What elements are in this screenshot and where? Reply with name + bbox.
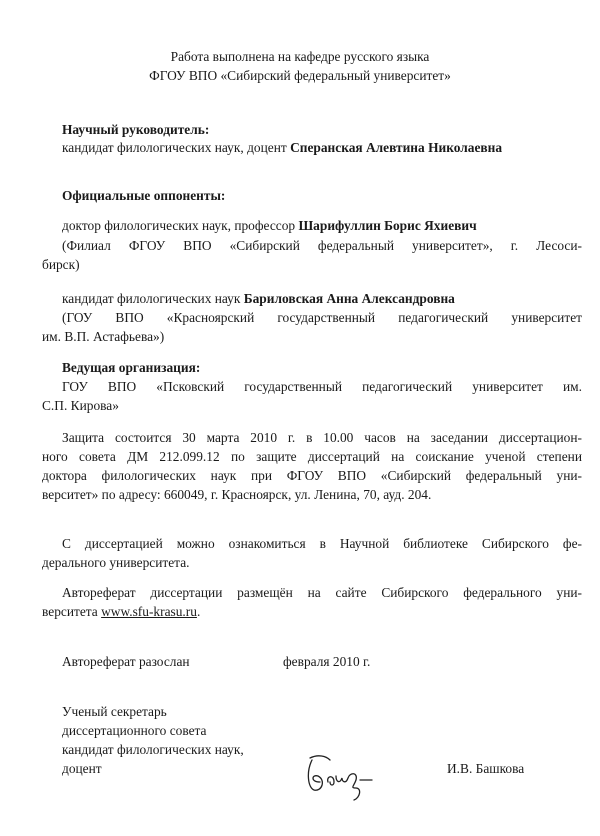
signature-icon: [300, 752, 390, 802]
opponent-2-affil-1: (ГОУ ВПО «Красноярский государственный п…: [62, 310, 582, 326]
mailing-date: февраля 2010 г.: [283, 654, 370, 670]
secretary-name: И.В. Башкова: [447, 761, 524, 777]
header-line-2: ФГОУ ВПО «Сибирский федеральный универси…: [0, 68, 600, 84]
abstract-site-suffix: .: [197, 604, 200, 619]
defense-line-2: ного совета ДМ 212.099.12 по защите дисс…: [42, 449, 582, 465]
supervisor-name: Сперанская Алевтина Николаевна: [290, 140, 502, 155]
opponent-1-name: Шарифуллин Борис Яхиевич: [298, 218, 476, 233]
university-website-link[interactable]: www.sfu-krasu.ru: [101, 604, 197, 619]
opponent-1-title: доктор филологических наук, профессор: [62, 218, 298, 233]
secretary-line-3: кандидат филологических наук,: [62, 742, 244, 758]
supervisor-heading: Научный руководитель:: [62, 122, 209, 138]
supervisor-line: кандидат филологических наук, доцент Спе…: [62, 140, 502, 156]
defense-line-3: доктора филологических наук при ФГОУ ВПО…: [42, 468, 582, 484]
leading-org-heading: Ведущая организация:: [62, 360, 200, 376]
secretary-line-1: Ученый секретарь: [62, 704, 167, 720]
library-line-1: С диссертацией можно ознакомиться в Науч…: [62, 536, 582, 552]
opponent-1-affil-1: (Филиал ФГОУ ВПО «Сибирский федеральный …: [62, 238, 582, 254]
defense-line-1: Защита состоится 30 марта 2010 г. в 10.0…: [62, 430, 582, 446]
abstract-site-prefix: верситета: [42, 604, 101, 619]
opponents-heading: Официальные оппоненты:: [62, 188, 225, 204]
opponent-1-line: доктор филологических наук, профессор Ша…: [62, 218, 477, 234]
leading-org-line-2: С.П. Кирова»: [42, 398, 119, 414]
abstract-site-line-1: Автореферат диссертации размещён на сайт…: [62, 585, 582, 601]
opponent-2-affil-2: им. В.П. Астафьева»): [42, 329, 164, 345]
opponent-1-affil-2: бирск): [42, 257, 80, 273]
secretary-line-2: диссертационного совета: [62, 723, 207, 739]
defense-line-4: верситет» по адресу: 660049, г. Краснояр…: [42, 487, 431, 503]
opponent-2-line: кандидат филологических наук Бариловская…: [62, 291, 455, 307]
supervisor-title: кандидат филологических наук, доцент: [62, 140, 290, 155]
opponent-2-name: Бариловская Анна Александровна: [244, 291, 455, 306]
mailing-label: Автореферат разослан: [62, 654, 190, 670]
leading-org-line-1: ГОУ ВПО «Псковский государственный педаг…: [62, 379, 582, 395]
abstract-site-line-2: верситета www.sfu-krasu.ru.: [42, 604, 200, 620]
opponent-2-title: кандидат филологических наук: [62, 291, 244, 306]
secretary-line-4: доцент: [62, 761, 102, 777]
library-line-2: дерального университета.: [42, 555, 190, 571]
header-line-1: Работа выполнена на кафедре русского язы…: [0, 49, 600, 65]
